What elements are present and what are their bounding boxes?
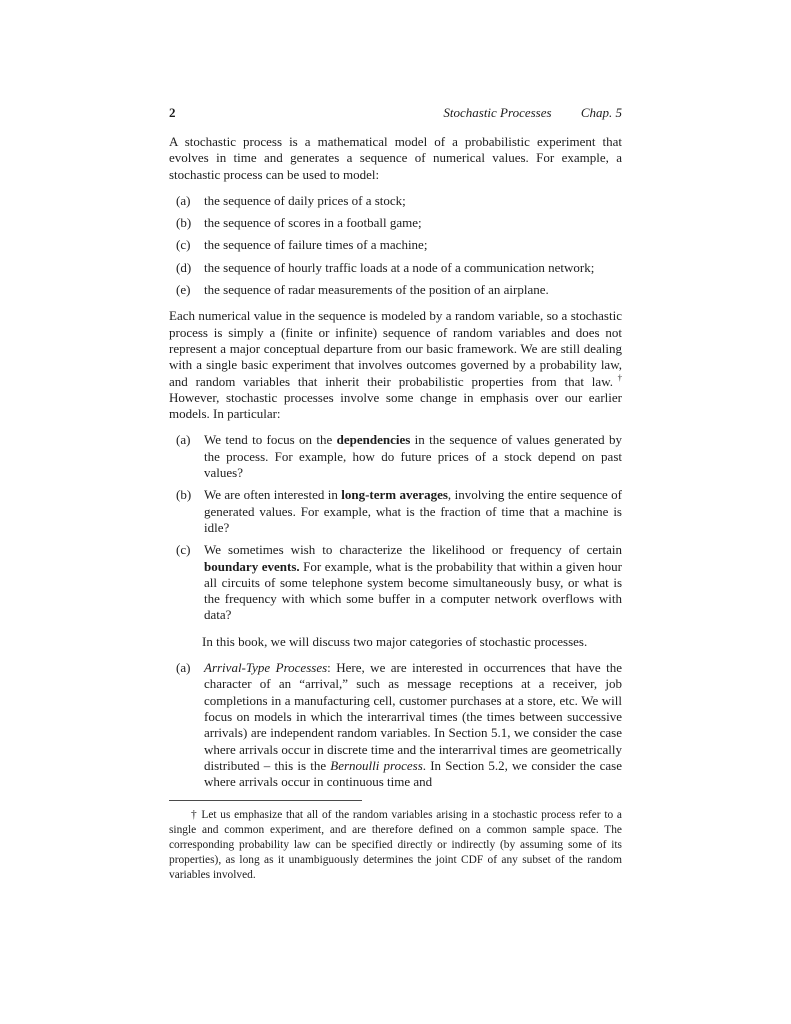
- item-text: We tend to focus on the dependencies in …: [204, 432, 622, 480]
- running-title: Stochastic Processes: [443, 105, 551, 120]
- item-text: We are often interested in long-term ave…: [204, 487, 622, 535]
- framework-paragraph: Each numerical value in the sequence is …: [169, 308, 622, 422]
- example-item-a: (a) the sequence of daily prices of a st…: [169, 193, 622, 209]
- example-item-e: (e) the sequence of radar measurements o…: [169, 282, 622, 298]
- example-item-b: (b) the sequence of scores in a football…: [169, 215, 622, 231]
- category-item-a: (a) Arrival-Type Processes: Here, we are…: [169, 660, 622, 790]
- item-text: the sequence of failure times of a machi…: [204, 237, 427, 252]
- item-text: Arrival-Type Processes: Here, we are int…: [204, 660, 622, 789]
- item-label: (b): [176, 487, 191, 503]
- footnote-rule: [169, 800, 362, 801]
- categories-list: (a) Arrival-Type Processes: Here, we are…: [169, 660, 622, 790]
- item-text: the sequence of daily prices of a stock;: [204, 193, 406, 208]
- page-body: A stochastic process is a mathematical m…: [169, 134, 622, 790]
- emphasis-item-a: (a) We tend to focus on the dependencies…: [169, 432, 622, 481]
- item-text: the sequence of scores in a football gam…: [204, 215, 422, 230]
- item-label: (b): [176, 215, 191, 231]
- item-label: (a): [176, 432, 190, 448]
- emphasis-item-b: (b) We are often interested in long-term…: [169, 487, 622, 536]
- chapter-label: Chap. 5: [581, 105, 622, 120]
- intro-paragraph: A stochastic process is a mathematical m…: [169, 134, 622, 183]
- page-number: 2: [169, 105, 176, 121]
- example-item-d: (d) the sequence of hourly traffic loads…: [169, 260, 622, 276]
- item-text: the sequence of hourly traffic loads at …: [204, 260, 594, 275]
- emphasis-list: (a) We tend to focus on the dependencies…: [169, 432, 622, 623]
- item-label: (c): [176, 542, 190, 558]
- page-header: 2 Stochastic Processes Chap. 5: [169, 105, 622, 121]
- header-right: Stochastic Processes Chap. 5: [443, 105, 622, 121]
- item-label: (c): [176, 237, 190, 253]
- page-content: 2 Stochastic Processes Chap. 5 A stochas…: [169, 105, 622, 883]
- item-label: (a): [176, 193, 190, 209]
- book-page: 2 Stochastic Processes Chap. 5 A stochas…: [0, 0, 791, 1024]
- example-item-c: (c) the sequence of failure times of a m…: [169, 237, 622, 253]
- item-label: (d): [176, 260, 191, 276]
- item-label: (e): [176, 282, 190, 298]
- item-text: We sometimes wish to characterize the li…: [204, 542, 622, 622]
- footnote-text: † Let us emphasize that all of the rando…: [169, 808, 622, 883]
- item-text: the sequence of radar measurements of th…: [204, 282, 549, 297]
- footnote-area: † Let us emphasize that all of the rando…: [169, 800, 622, 883]
- examples-list: (a) the sequence of daily prices of a st…: [169, 193, 622, 298]
- emphasis-item-c: (c) We sometimes wish to characterize th…: [169, 542, 622, 623]
- transition-paragraph: In this book, we will discuss two major …: [169, 634, 622, 650]
- item-label: (a): [176, 660, 190, 676]
